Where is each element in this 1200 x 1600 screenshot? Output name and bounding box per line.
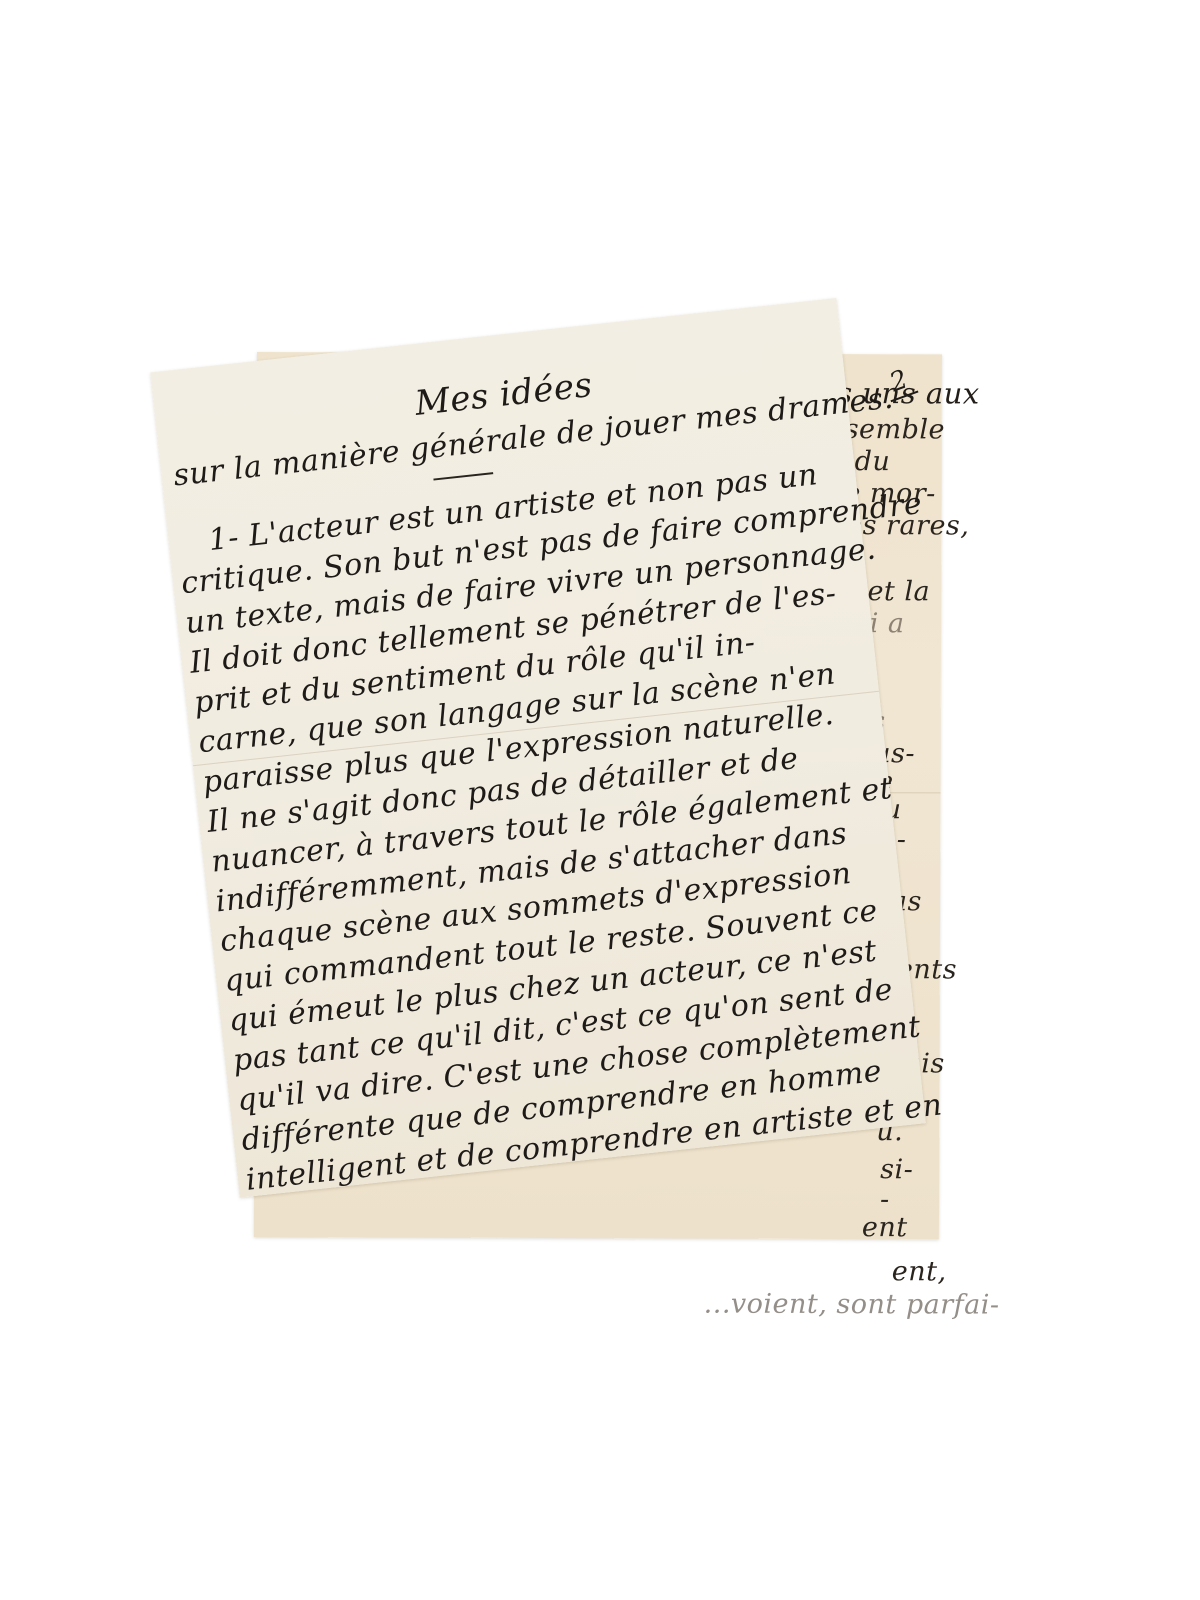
back-edge-text: du (855, 446, 891, 477)
front-sheet-text-overflow-layer (150, 298, 926, 1198)
photo-stage: 2 ment qui unit les personnages les uns … (0, 0, 1200, 1600)
back-bottom-line: ...voient, sont parfai- (704, 1289, 1000, 1321)
back-edge-text: si- (880, 1154, 913, 1185)
back-edge-text: - (880, 1184, 890, 1215)
back-edge-text: ent, (892, 1256, 947, 1287)
back-edge-text: ent (862, 1212, 908, 1243)
